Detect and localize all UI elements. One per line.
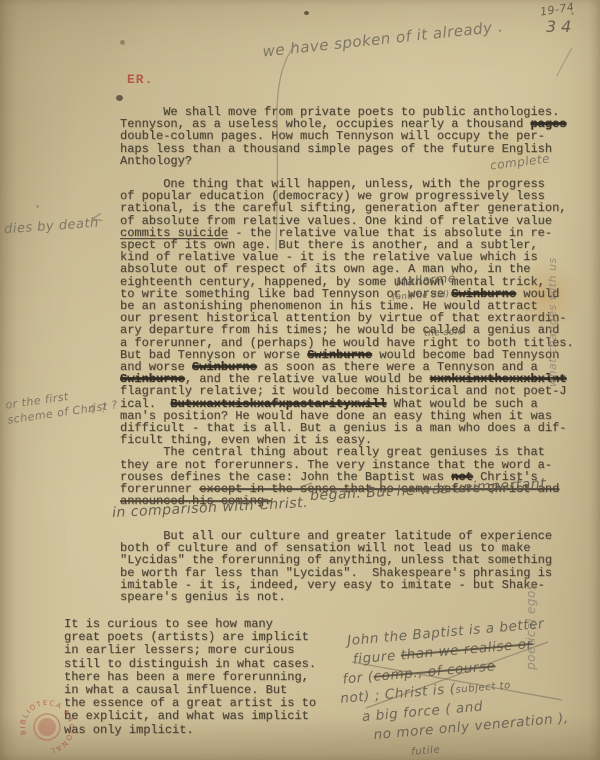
red-series-label: ER. bbox=[127, 72, 153, 87]
paper-speck bbox=[120, 40, 125, 45]
margin-angle-mark: < bbox=[88, 207, 106, 228]
manuscript-page: 19-74 34 ER. we have spoken of it alread… bbox=[0, 0, 600, 760]
top-handwritten-note: we have spoken of it already . bbox=[262, 17, 504, 60]
typed-paragraph-4: It is curious to see how many great poet… bbox=[64, 618, 316, 737]
right-margin-vertical-note-1: what changes with us bbox=[546, 252, 559, 387]
paper-speck bbox=[304, 11, 309, 15]
typed-paragraph-3: But all our culture and greater latitude… bbox=[120, 530, 552, 603]
sole-insert: the sole bbox=[424, 327, 464, 339]
paper-speck bbox=[36, 205, 39, 208]
first-scheme-annotation: or the first scheme of Christ ? bbox=[4, 382, 118, 427]
paper-speck bbox=[116, 95, 123, 101]
bottom-right-scrawl-note: John the Baptist is a betterfigure than … bbox=[335, 611, 596, 760]
dies-by-death-annotation: dies by death bbox=[4, 216, 100, 238]
page-number: 34 bbox=[546, 17, 576, 36]
typed-paragraph-2: One thing that will happen, unless, with… bbox=[120, 178, 574, 507]
catalog-number: 19-74 bbox=[539, 0, 575, 18]
